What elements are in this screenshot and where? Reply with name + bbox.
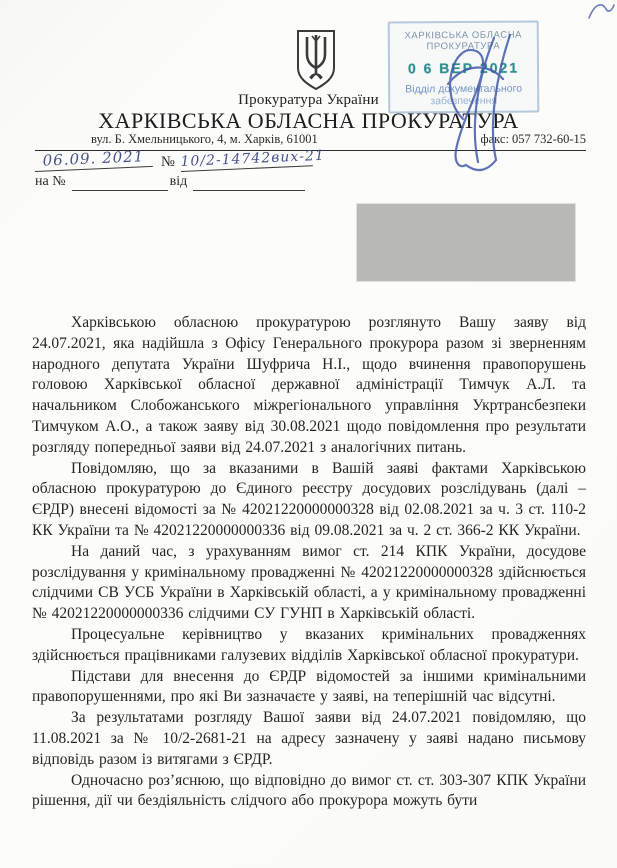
reply-to-label: на №	[35, 174, 66, 191]
stamp-org-line1: ХАРКІВСЬКА ОБЛАСНА	[390, 29, 537, 41]
body-paragraph: Одночасно роз’яснюю, що відповідно до ви…	[32, 771, 586, 813]
number-sign-label: №	[153, 154, 181, 172]
letter-body: Харківською обласною прокуратурою розгля…	[32, 313, 586, 812]
address-row: вул. Б. Хмельницького, 4, м. Харків, 610…	[35, 132, 586, 147]
stamp-date: 0 6 ВЕР 2021	[390, 59, 537, 76]
body-paragraph: Процесуальне керівництво у вказаних крим…	[32, 625, 586, 667]
ukraine-tryzub-icon	[294, 28, 338, 92]
org-fax: факс: 057 732-60-15	[480, 132, 586, 147]
handwritten-outgoing-number: 10/2-14742вих-21	[180, 148, 313, 172]
handwritten-date: 06.09. 2021	[34, 147, 153, 172]
outgoing-reference-row: 06.09. 2021 № 10/2-14742вих-21	[35, 152, 313, 172]
stamp-org-line2: ПРОКУРАТУРА	[390, 40, 537, 52]
corner-pen-mark	[586, 0, 616, 20]
redacted-recipient-block	[357, 204, 575, 281]
body-paragraph: Підстави для внесення до ЄРДР відомостей…	[32, 667, 586, 709]
scanned-letter-page: Прокуратура України ХАРКІВСЬКА ОБЛАСНА П…	[0, 0, 617, 868]
body-paragraph: За результатами розгляду Вашої заяви від…	[32, 708, 586, 770]
body-paragraph: На даний час, з урахуванням вимог ст. 21…	[32, 542, 586, 625]
reply-number-blank	[72, 174, 168, 191]
stamp-dept-line2: забезпечення	[390, 94, 537, 107]
registry-stamp: ХАРКІВСЬКА ОБЛАСНА ПРОКУРАТУРА 0 6 ВЕР 2…	[388, 20, 540, 113]
body-paragraph: Харківською обласною прокуратурою розгля…	[32, 313, 586, 459]
org-address: вул. Б. Хмельницького, 4, м. Харків, 610…	[91, 132, 318, 147]
body-paragraph: Повідомляю, що за вказаними в Вашій заяв…	[32, 459, 586, 542]
reply-date-blank	[193, 174, 305, 191]
reply-date-label: від	[170, 174, 188, 191]
stamp-dept-line1: Відділ документального	[390, 82, 537, 95]
incoming-reference-row: на № від	[35, 174, 305, 191]
